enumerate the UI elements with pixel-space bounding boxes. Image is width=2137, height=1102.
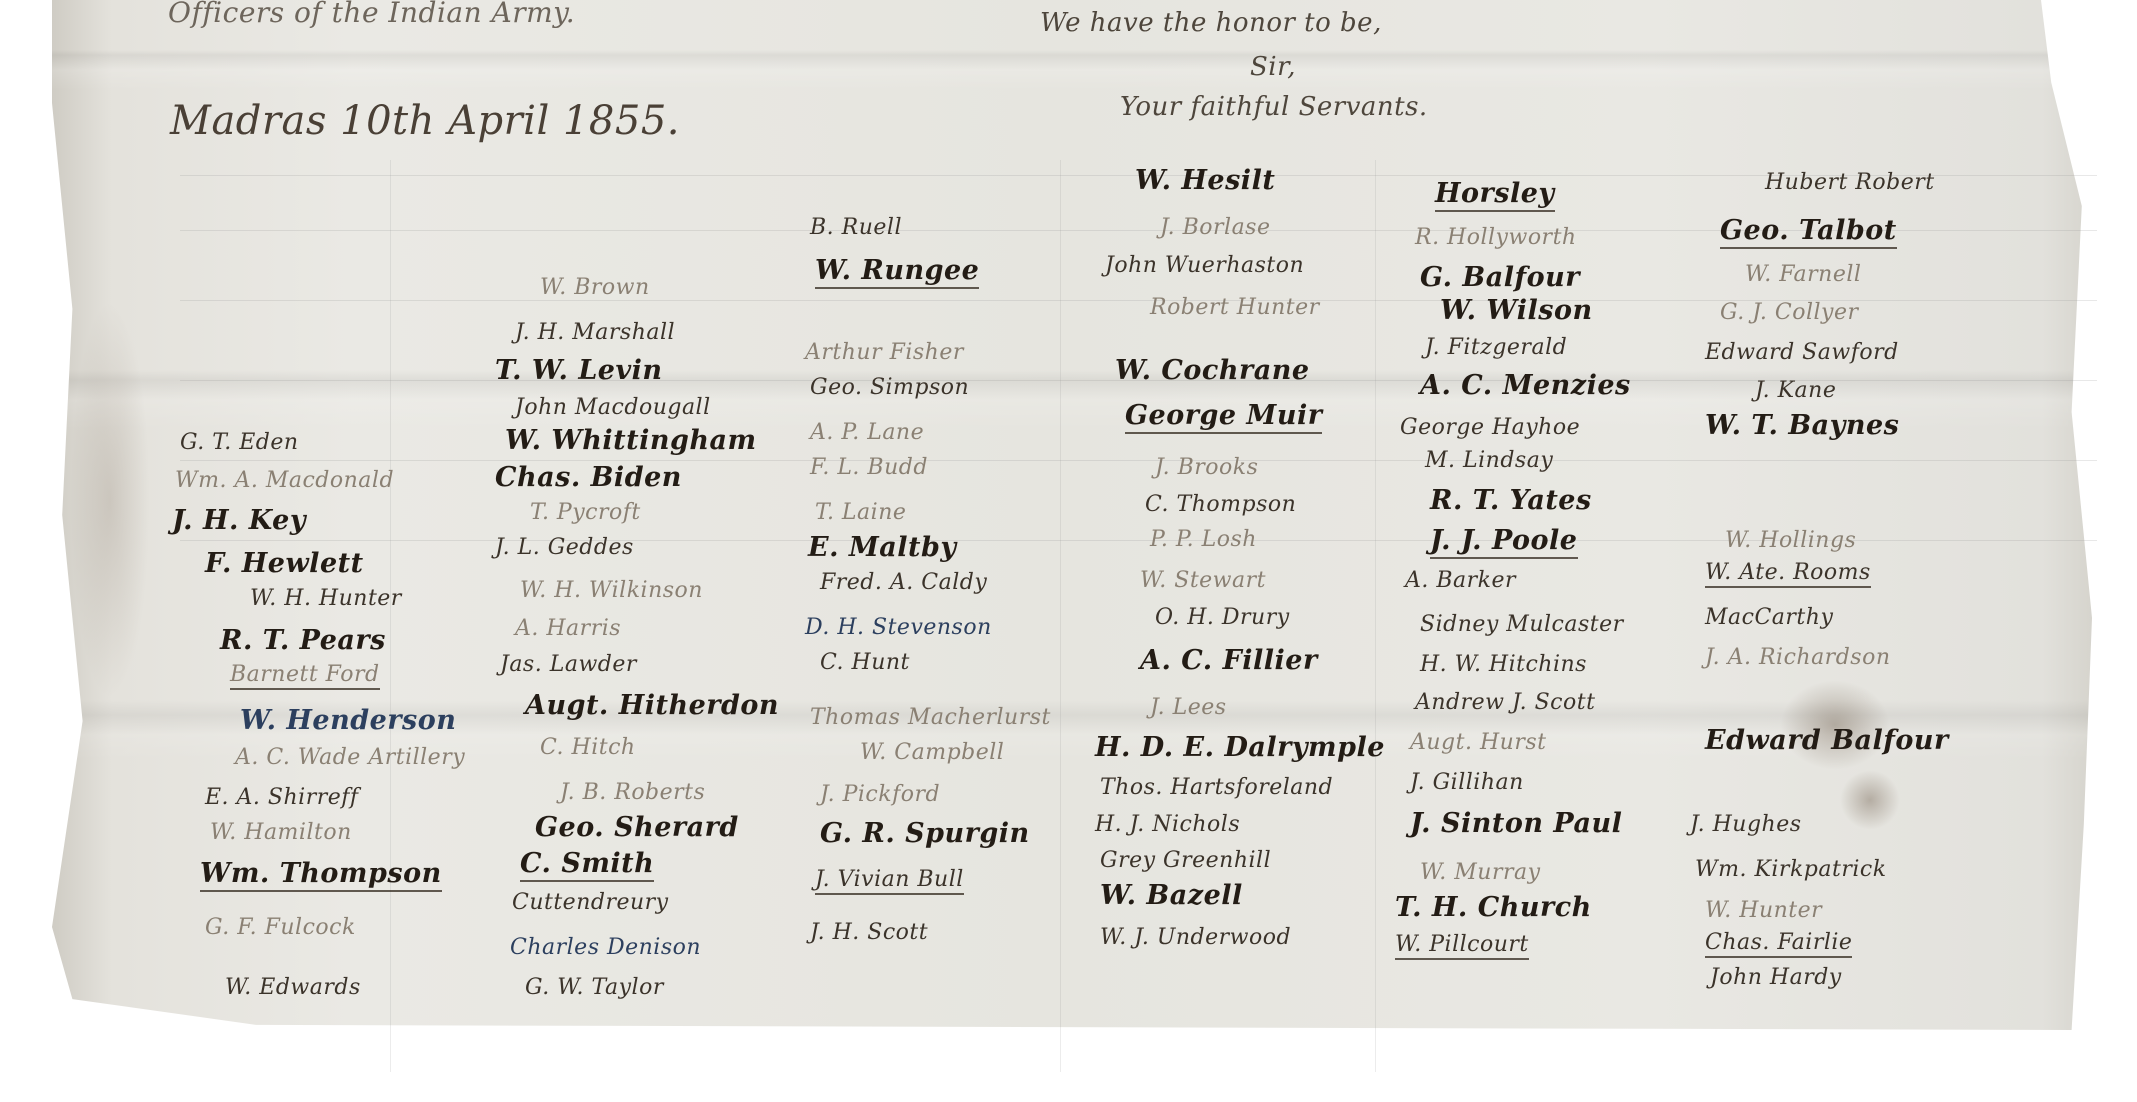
signature: R. Hollyworth	[1415, 225, 1577, 250]
column-rule	[390, 160, 391, 1072]
signature: J. Kane	[1755, 378, 1836, 403]
signature: W. Hollings	[1725, 528, 1856, 553]
signature: G. R. Spurgin	[820, 818, 1030, 849]
signature: Wm. Thompson	[200, 858, 442, 892]
signature: J. A. Richardson	[1705, 645, 1890, 670]
signature: George Muir	[1125, 400, 1322, 434]
signature: G. W. Taylor	[525, 975, 664, 1000]
signature: John Hardy	[1710, 965, 1842, 990]
closing-line-2: Sir,	[1250, 52, 1296, 82]
signature: J. Fitzgerald	[1425, 335, 1567, 360]
signature: T. Laine	[815, 500, 906, 525]
signature: G. Balfour	[1420, 262, 1580, 293]
signature: H. W. Hitchins	[1420, 652, 1587, 677]
signature: MacCarthy	[1705, 605, 1833, 630]
signature: Geo. Talbot	[1720, 215, 1897, 249]
signature: W. T. Baynes	[1705, 410, 1899, 441]
signature: Hubert Robert	[1765, 170, 1935, 195]
signature: Edward Sawford	[1705, 340, 1899, 365]
signature: C. Thompson	[1145, 492, 1296, 517]
signature: Arthur Fisher	[805, 340, 964, 365]
signature: F. L. Budd	[810, 455, 928, 480]
closing-line-3: Your faithful Servants.	[1120, 92, 1428, 122]
place-date: Madras 10th April 1855.	[170, 98, 680, 144]
signature: C. Hunt	[820, 650, 910, 675]
signature: A. Barker	[1405, 568, 1516, 593]
signature: R. T. Yates	[1430, 485, 1592, 516]
signature: Wm. A. Macdonald	[175, 468, 394, 493]
signature: T. Pycroft	[530, 500, 641, 525]
signature: W. Cochrane	[1115, 355, 1310, 386]
signature: W. H. Wilkinson	[520, 578, 703, 603]
signature: A. P. Lane	[810, 420, 924, 445]
signature: J. H. Scott	[810, 920, 928, 945]
signature: A. Harris	[515, 616, 621, 641]
signature: J. Borlase	[1160, 215, 1271, 240]
signature: J. Pickford	[820, 782, 940, 807]
signature: W. Brown	[540, 275, 650, 300]
signature: W. Whittingham	[505, 425, 757, 456]
signature: J. H. Marshall	[515, 320, 675, 345]
signature: Thos. Hartsforeland	[1100, 775, 1333, 800]
signature: Augt. Hurst	[1410, 730, 1546, 755]
signature: W. Hunter	[1705, 898, 1822, 923]
signature: R. T. Pears	[220, 625, 386, 656]
signature: O. H. Drury	[1155, 605, 1290, 630]
column-rule	[1375, 160, 1376, 1072]
signature: Jas. Lawder	[500, 652, 637, 677]
signature: Chas. Biden	[495, 462, 682, 493]
signature: G. J. Collyer	[1720, 300, 1859, 325]
signature: M. Lindsay	[1425, 448, 1553, 473]
signature: J. Sinton Paul	[1410, 808, 1622, 839]
signature: J. Lees	[1150, 695, 1227, 720]
closing-line-1: We have the honor to be,	[1040, 8, 1382, 38]
signature: W. Hesilt	[1135, 165, 1275, 196]
signature: J. Brooks	[1155, 455, 1258, 480]
signature: Charles Denison	[510, 935, 701, 960]
ruled-line	[180, 460, 2097, 461]
signature: John Wuerhaston	[1105, 253, 1304, 278]
signature: W. Pillcourt	[1395, 932, 1529, 960]
signature: T. H. Church	[1395, 892, 1592, 923]
signature: John Macdougall	[515, 395, 711, 420]
signature: W. Wilson	[1440, 295, 1593, 326]
signature: Cuttendreury	[512, 890, 669, 915]
signature: Wm. Kirkpatrick	[1695, 857, 1887, 882]
signature: H. J. Nichols	[1095, 812, 1240, 837]
signature: G. F. Fulcock	[205, 915, 356, 940]
signature: A. C. Fillier	[1140, 645, 1318, 676]
signature: C. Hitch	[540, 735, 636, 760]
signature: W. H. Hunter	[250, 586, 402, 611]
signature: A. C. Wade Artillery	[235, 745, 465, 770]
signature: Chas. Fairlie	[1705, 930, 1852, 958]
signature: Augt. Hitherdon	[525, 690, 779, 721]
signature: J. L. Geddes	[495, 535, 634, 560]
signature: W. Campbell	[860, 740, 1004, 765]
signature: W. Rungee	[815, 255, 979, 289]
signature: J. B. Roberts	[560, 780, 705, 805]
signature: F. Hewlett	[205, 548, 364, 579]
signature: Grey Greenhill	[1100, 848, 1271, 873]
signature: E. Maltby	[808, 532, 957, 563]
signature: W. Hamilton	[210, 820, 352, 845]
signature: Edward Balfour	[1705, 725, 1949, 756]
signature: W. Bazell	[1100, 880, 1243, 911]
signature: Thomas Macherlurst	[810, 705, 1051, 730]
paper-stain	[70, 300, 150, 700]
signature: J. Gillihan	[1410, 770, 1524, 795]
signature: Geo. Simpson	[810, 375, 969, 400]
signature: H. D. E. Dalrymple	[1095, 732, 1385, 763]
signature: J. Vivian Bull	[815, 867, 964, 895]
signature: D. H. Stevenson	[805, 615, 992, 640]
signature: E. A. Shirreff	[205, 785, 359, 810]
signature: Horsley	[1435, 178, 1555, 212]
signature: J. J. Poole	[1430, 525, 1578, 559]
signature: Geo. Sherard	[535, 812, 739, 843]
signature: W. Stewart	[1140, 568, 1266, 593]
signature: A. C. Menzies	[1420, 370, 1631, 401]
signature: Sidney Mulcaster	[1420, 612, 1624, 637]
document-heading: Officers of the Indian Army.	[168, 0, 575, 29]
signature: T. W. Levin	[495, 355, 663, 386]
signature: C. Smith	[520, 848, 654, 882]
signature: W. Edwards	[225, 975, 361, 1000]
signature: Robert Hunter	[1150, 295, 1320, 320]
signature: J. H. Key	[172, 505, 306, 536]
signature: George Hayhoe	[1400, 415, 1580, 440]
signature: W. Murray	[1420, 860, 1541, 885]
signature: W. Henderson	[240, 705, 456, 736]
signature: P. P. Losh	[1150, 527, 1257, 552]
signature: G. T. Eden	[180, 430, 299, 455]
signature: Fred. A. Caldy	[820, 570, 987, 595]
ink-stain	[1840, 770, 1900, 830]
signature: J. Hughes	[1690, 812, 1802, 837]
signature: W. J. Underwood	[1100, 925, 1291, 950]
column-rule	[1060, 160, 1061, 1072]
signature: W. Farnell	[1745, 262, 1861, 287]
signature: W. Ate. Rooms	[1705, 560, 1871, 588]
signature: B. Ruell	[810, 215, 902, 240]
signature: Andrew J. Scott	[1415, 690, 1595, 715]
signature: Barnett Ford	[230, 662, 380, 690]
